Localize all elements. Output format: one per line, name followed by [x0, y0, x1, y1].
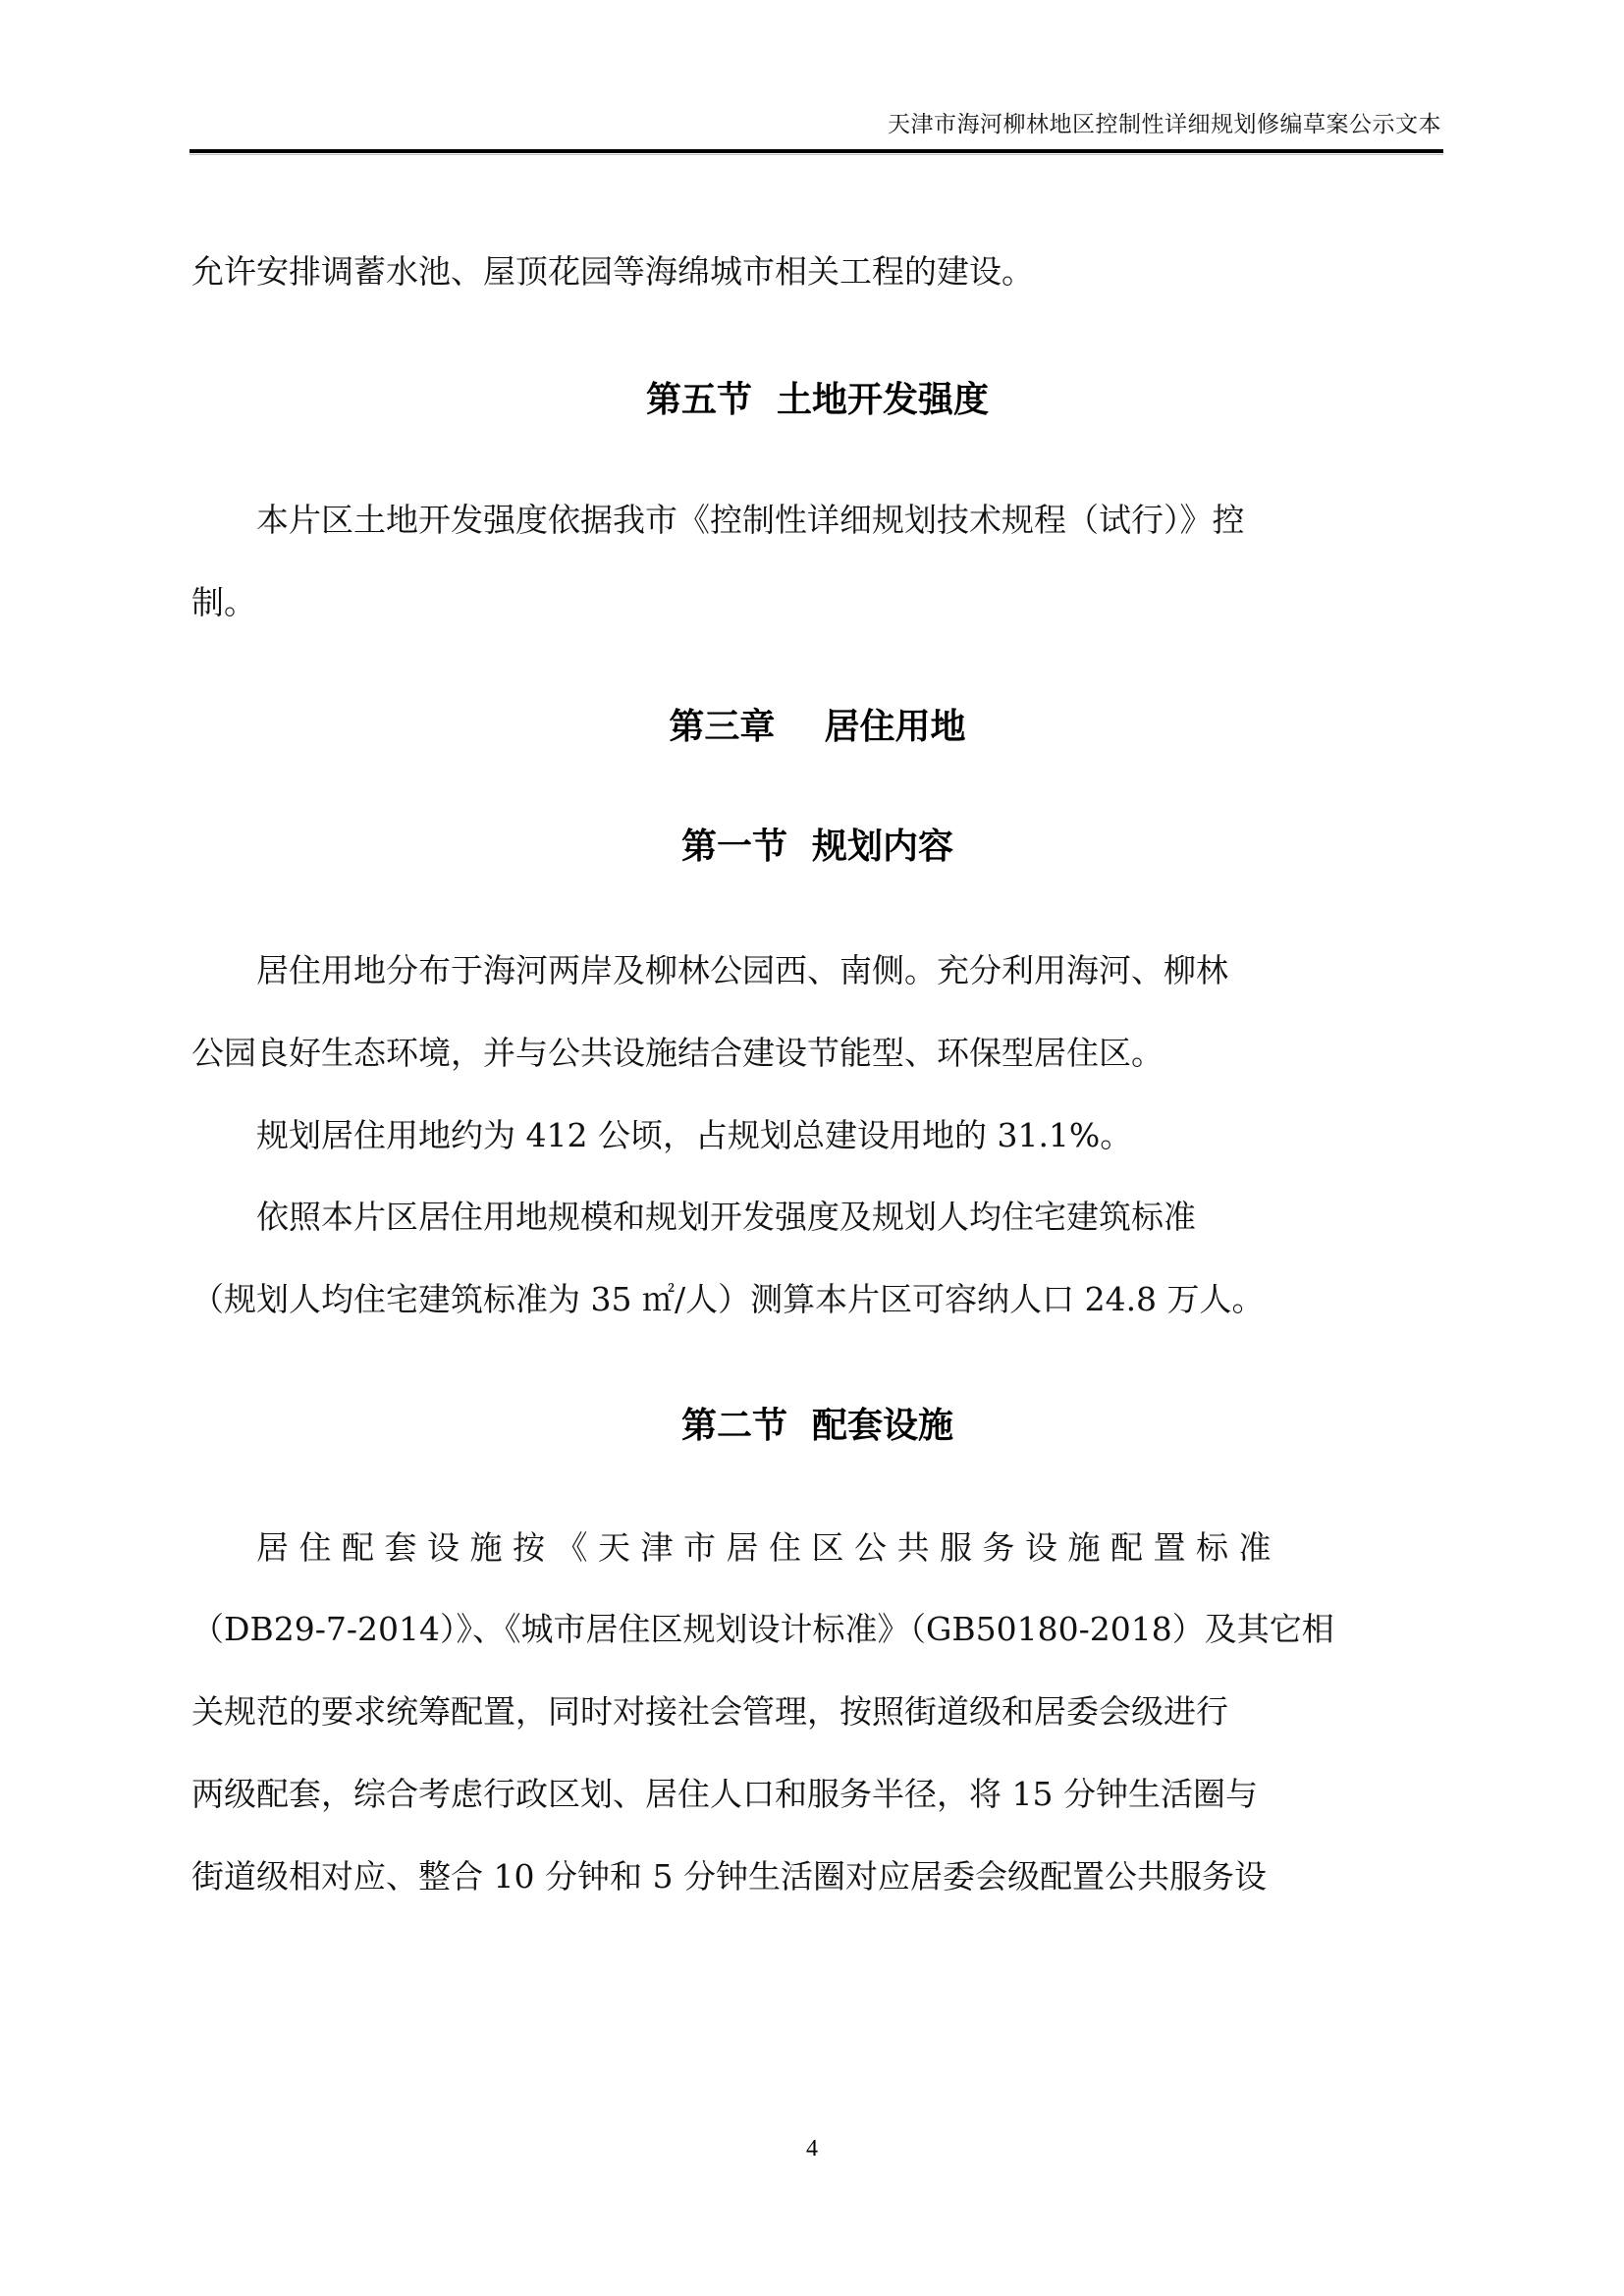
section-heading: 第五节 土地开发强度 — [191, 378, 1443, 423]
paragraph-line: 居住配套设施按《天津市居住区公共服务设施配置标准 — [191, 1526, 1443, 1570]
paragraph-line: 关规范的要求统筹配置，同时对接社会管理，按照街道级和居委会级进行 — [191, 1690, 1443, 1734]
section-heading: 第一节 规划内容 — [191, 825, 1443, 870]
section-heading: 第二节 配套设施 — [191, 1404, 1443, 1449]
paragraph-line: 依照本片区居住用地规模和规划开发强度及规划人均住宅建筑标准 — [191, 1196, 1443, 1239]
header-rule — [189, 149, 1443, 153]
chapter-heading: 第三章 居住用地 — [191, 705, 1443, 750]
page-number: 4 — [0, 2136, 1624, 2163]
document-page: 天津市海河柳林地区控制性详细规划修编草案公示文本 允许安排调蓄水池、屋顶花园等海… — [0, 0, 1624, 2296]
paragraph-line: 公园良好生态环境，并与公共设施结合建设节能型、环保型居住区。 — [191, 1032, 1443, 1075]
running-header: 天津市海河柳林地区控制性详细规划修编草案公示文本 — [189, 110, 1441, 139]
paragraph-line: （DB29-7-2014）》、《城市居住区规划设计标准》（GB50180-201… — [191, 1608, 1443, 1651]
paragraph-line: 两级配套，综合考虑行政区划、居住人口和服务半径，将 15 分钟生活圈与 — [191, 1773, 1443, 1816]
paragraph-line: 制。 — [191, 581, 1443, 624]
paragraph-line: 本片区土地开发强度依据我市《控制性详细规划技术规程（试行）》控 — [191, 499, 1443, 542]
paragraph-line: 居住用地分布于海河两岸及柳林公园西、南侧。充分利用海河、柳林 — [191, 949, 1443, 992]
paragraph-line: 允许安排调蓄水池、屋顶花园等海绵城市相关工程的建设。 — [191, 250, 1443, 294]
paragraph-line: 规划居住用地约为 412 公顷，占规划总建设用地的 31.1%。 — [191, 1114, 1443, 1157]
paragraph-line: （规划人均住宅建筑标准为 35 ㎡/人）测算本片区可容纳人口 24.8 万人。 — [191, 1278, 1443, 1321]
header-rule-shadow — [189, 154, 1443, 155]
paragraph-line: 街道级相对应、整合 10 分钟和 5 分钟生活圈对应居委会级配置公共服务设 — [191, 1855, 1443, 1898]
